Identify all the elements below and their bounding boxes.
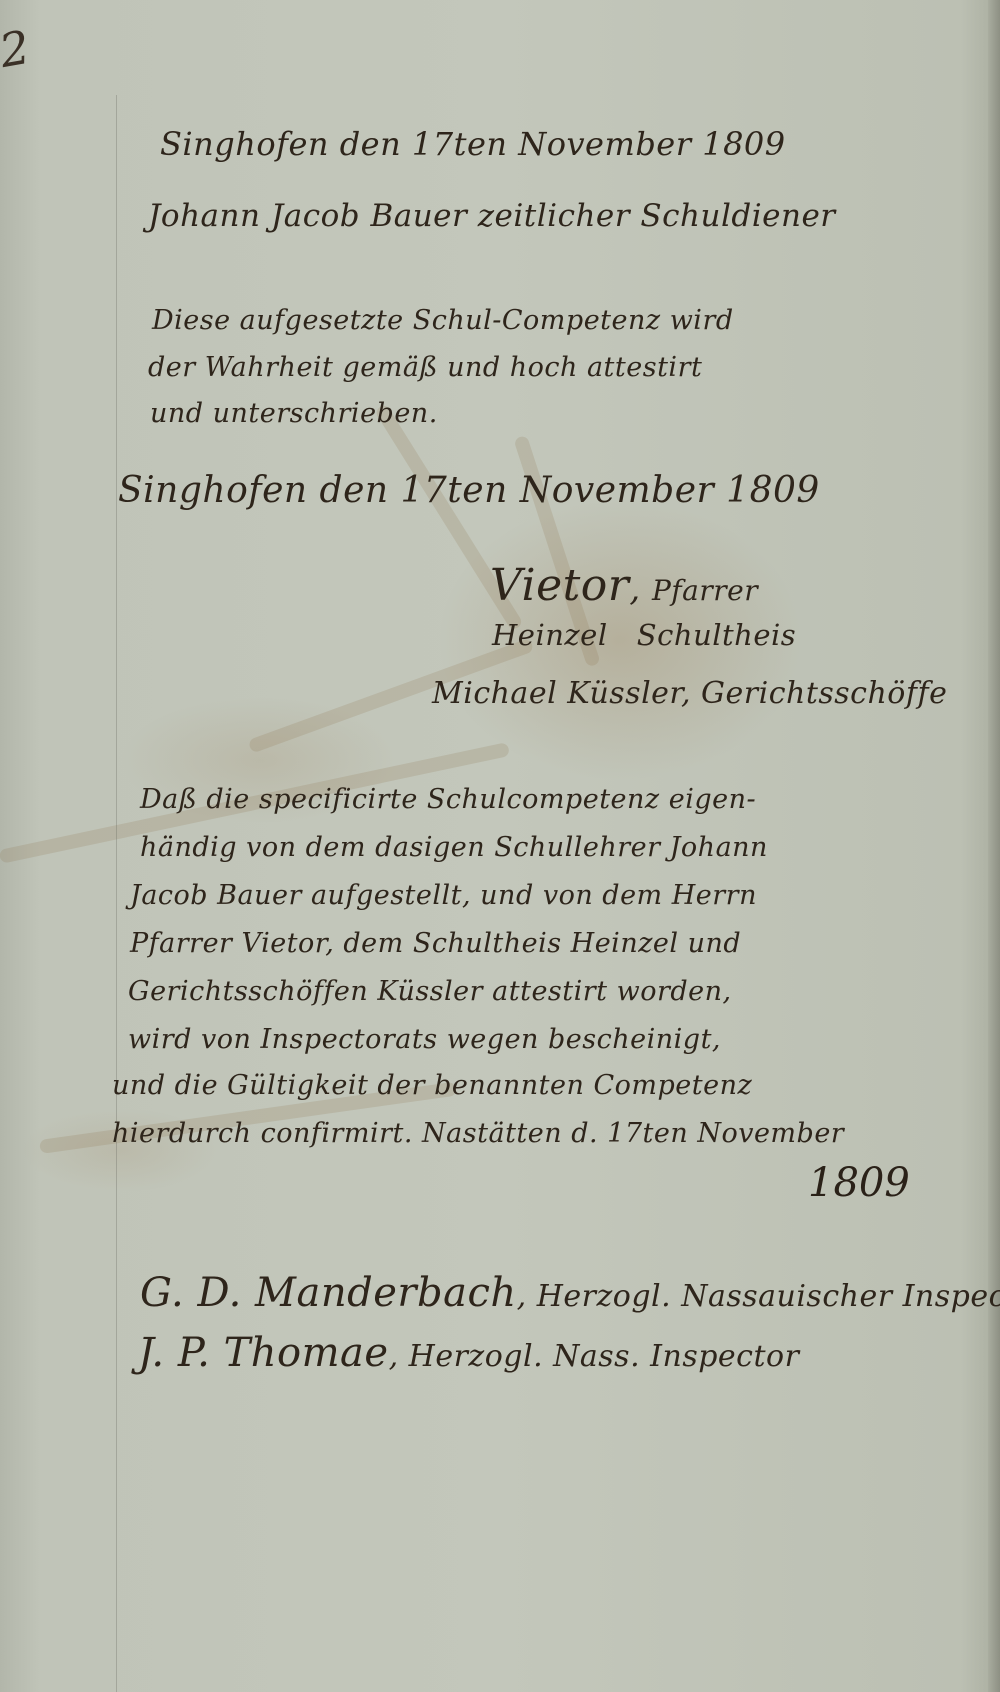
confirmation-line: Pfarrer Vietor, dem Schultheis Heinzel u… [130, 928, 741, 959]
header-line-2: Johann Jacob Bauer zeitlicher Schuldiene… [148, 198, 836, 234]
signer-name: Vietor [490, 560, 629, 611]
confirmation-year: 1809 [808, 1160, 910, 1206]
signer-title: Pfarrer [652, 574, 758, 607]
confirmation-line: Daß die specificirte Schulcompetenz eige… [140, 784, 756, 815]
signer-name: J. P. Thomae [138, 1330, 389, 1376]
margin-rule [116, 95, 117, 1692]
signature-heinzel: Heinzel Schultheis [492, 618, 796, 652]
signature-thomae: J. P. Thomae, Herzogl. Nass. Inspector [138, 1330, 799, 1376]
signer-name: Michael Küssler [432, 676, 681, 711]
signer-title: Gerichtsschöffe [701, 676, 947, 711]
attestation-line: und unterschrieben. [150, 398, 438, 429]
signature-kuessler: Michael Küssler, Gerichtsschöffe [432, 676, 947, 711]
document-page: 2 Singhofen den 17ten November 1809 Joha… [0, 0, 1000, 1692]
signer-name: Heinzel [492, 618, 608, 652]
confirmation-line: hierdurch confirmirt. Nastätten d. 17ten… [112, 1118, 844, 1149]
page-edge [988, 0, 1000, 1692]
signature-manderbach: G. D. Manderbach, Herzogl. Nassauischer … [140, 1270, 1000, 1316]
confirmation-line: Jacob Bauer aufgestellt, und von dem Her… [130, 880, 757, 911]
confirmation-line: und die Gültigkeit der benannten Compete… [112, 1070, 752, 1101]
confirmation-line: händig von dem dasigen Schullehrer Johan… [140, 832, 768, 863]
header-line-1: Singhofen den 17ten November 1809 [160, 125, 786, 163]
signer-title: Schultheis [637, 618, 796, 652]
confirmation-line: Gerichtsschöffen Küssler attestirt worde… [128, 976, 732, 1007]
corner-mark: 2 [0, 20, 34, 78]
signer-name: G. D. Manderbach [140, 1270, 517, 1316]
attestation-line: der Wahrheit gemäß und hoch attestirt [148, 352, 702, 383]
confirmation-line: wird von Inspectorats wegen bescheinigt, [128, 1024, 721, 1055]
attestation-line: Diese aufgesetzte Schul-Competenz wird [152, 305, 734, 336]
signature-vietor: Vietor, Pfarrer [490, 560, 758, 611]
signer-title: Herzogl. Nassauischer Inspector [537, 1279, 1000, 1314]
signer-title: Herzogl. Nass. Inspector [409, 1339, 800, 1374]
place-date: Singhofen den 17ten November 1809 [118, 470, 820, 511]
